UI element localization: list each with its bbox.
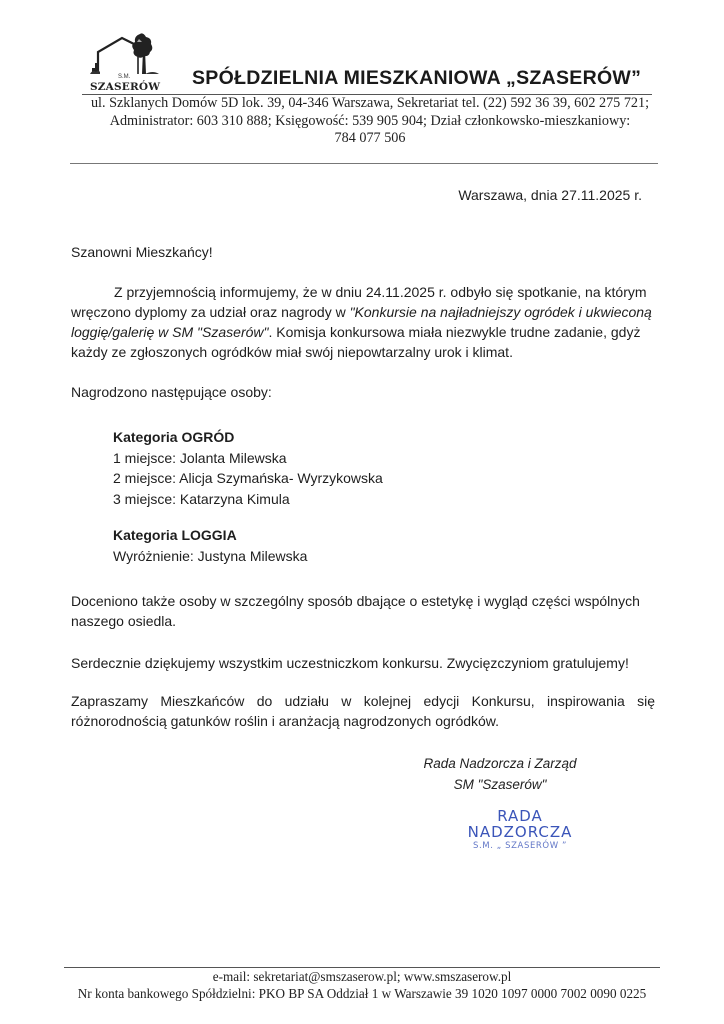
category-garden: Kategoria OGRÓD 1 miejsce: Jolanta Milew…	[113, 427, 383, 509]
logo-small-text: S.M.	[118, 74, 130, 80]
footer-contact: e-mail: sekretariat@smszaserow.pl; www.s…	[40, 968, 684, 985]
invitation-paragraph: Zapraszamy Mieszkańców do udziału w kole…	[71, 691, 655, 731]
address-block: ul. Szklanych Domów 5D lok. 39, 04-346 W…	[60, 95, 680, 148]
thanks-paragraph: Serdecznie dziękujemy wszystkim uczestni…	[71, 653, 655, 673]
award-entry: 3 miejsce: Katarzyna Kimula	[113, 489, 383, 510]
greeting: Szanowni Mieszkańcy!	[71, 244, 213, 260]
organization-logo: S.M. SZASERÓW	[88, 30, 170, 92]
category-loggia: Kategoria LOGGIA Wyróżnienie: Justyna Mi…	[113, 525, 307, 566]
board-stamp: RADA NADZORCZA S.M. „ SZASERÓW ”	[440, 808, 600, 853]
address-line: Administrator: 603 310 888; Księgowość: …	[60, 113, 680, 131]
organization-title: SPÓŁDZIELNIA MIESZKANIOWA „SZASERÓW”	[192, 67, 641, 90]
date-line: Warszawa, dnia 27.11.2025 r.	[458, 187, 642, 203]
address-line: ul. Szklanych Domów 5D lok. 39, 04-346 W…	[60, 95, 680, 113]
footer-bank-account: Nr konta bankowego Spółdzielni: PKO BP S…	[40, 985, 684, 1002]
award-entry: 2 miejsce: Alicja Szymańska- Wyrzykowska	[113, 468, 383, 489]
stamp-line: NADZORCZA	[440, 824, 600, 840]
stamp-line: RADA	[440, 808, 600, 824]
address-line: 784 077 506	[60, 130, 680, 148]
stamp-line: S.M. „ SZASERÓW ”	[440, 840, 600, 853]
award-entry: Wyróżnienie: Justyna Milewska	[113, 546, 307, 567]
category-title: Kategoria OGRÓD	[113, 427, 383, 448]
intro-paragraph: Z przyjemnością informujemy, że w dniu 2…	[71, 282, 655, 362]
footer: e-mail: sekretariat@smszaserow.pl; www.s…	[40, 968, 684, 1002]
appreciation-paragraph: Doceniono także osoby w szczególny sposó…	[71, 591, 655, 631]
award-entry: 1 miejsce: Jolanta Milewska	[113, 448, 383, 469]
signature-block: Rada Nadzorcza i Zarząd SM "Szaserów"	[410, 753, 590, 795]
category-title: Kategoria LOGGIA	[113, 525, 307, 546]
awarded-intro: Nagrodzono następujące osoby:	[71, 384, 272, 400]
house-tree-logo-icon	[88, 30, 170, 80]
signature-line: Rada Nadzorcza i Zarząd	[410, 753, 590, 774]
logo-name: SZASERÓW	[90, 81, 160, 93]
signature-line: SM "Szaserów"	[410, 774, 590, 795]
address-divider	[70, 163, 658, 164]
